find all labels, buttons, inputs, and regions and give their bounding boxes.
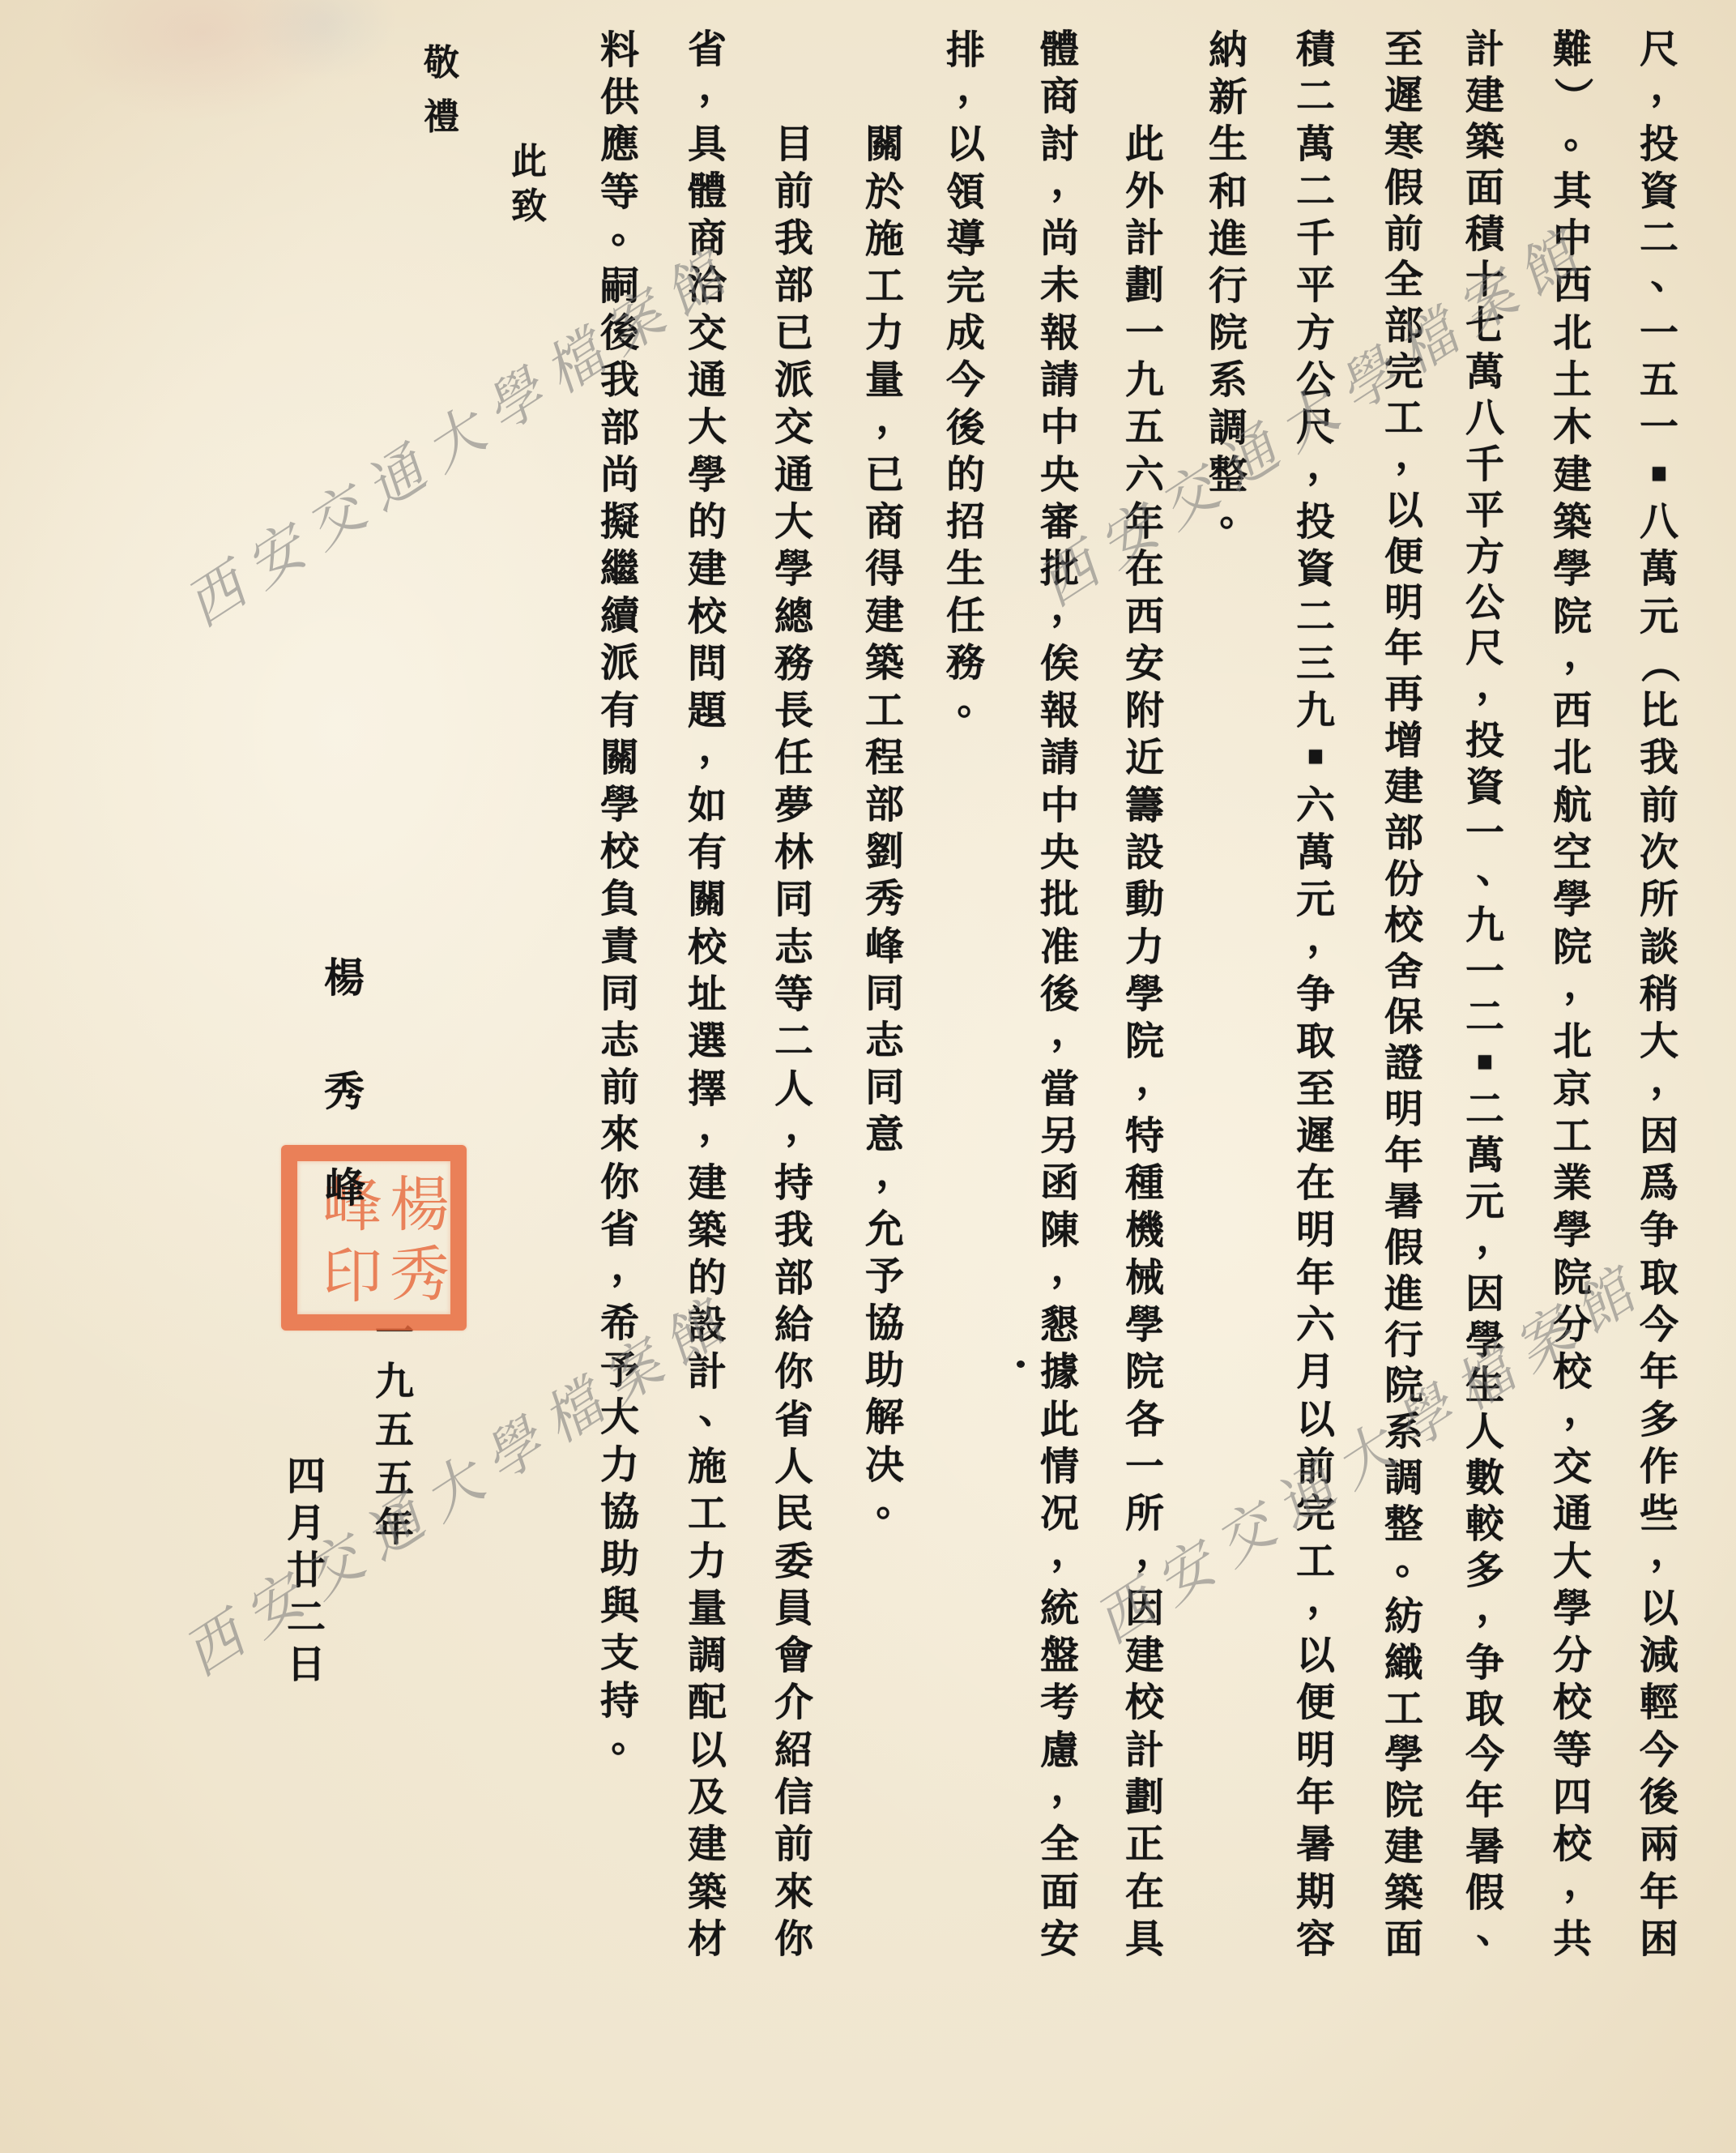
glyph: 期 — [1290, 1872, 1341, 1912]
closing-jing-li: 敬禮 — [416, 36, 467, 144]
glyph: ， — [869, 1148, 921, 1195]
glyph: 全 — [1034, 1824, 1086, 1865]
glyph: 、 — [1469, 1908, 1521, 1949]
glyph: 調 — [1378, 1458, 1430, 1498]
glyph: 投 — [1290, 502, 1341, 542]
body-column-13: 料供應等。嗣後我部尚擬繼續派有關學校負責同志前來你省，希予大力協助與支持。 — [594, 27, 646, 1771]
glyph: 紡 — [1378, 1596, 1430, 1637]
glyph: 七 — [1459, 305, 1511, 346]
glyph: 學 — [1546, 879, 1598, 920]
glyph: 委 — [768, 1541, 820, 1582]
glyph: 月 — [1290, 1352, 1341, 1392]
body-column-6: 納新生和進行院系調整。 — [1202, 27, 1254, 545]
glyph: 院 — [1546, 1258, 1598, 1298]
body-column-10-paragraph-start: 關於施工力量，已商得建築工程部劉秀峰同志同意，允予協助解决。 — [859, 27, 911, 1536]
glyph: 西 — [1546, 690, 1598, 731]
glyph: 助 — [859, 1347, 911, 1394]
glyph: 前 — [1378, 214, 1430, 254]
glyph: 十 — [1459, 259, 1511, 300]
signature-char-3: 峰 — [319, 1164, 371, 1212]
glyph: 已 — [859, 451, 911, 498]
glyph: 目 — [768, 124, 820, 164]
glyph: 嗣 — [594, 263, 646, 310]
scanned-letter-page: 尺，投資二、一五一·八萬元（比我前次所談稍大，因爲争取今年多作些，以減輕今後兩年… — [0, 0, 1736, 2153]
glyph: 暑 — [1459, 1826, 1511, 1867]
red-name-seal: 楊 秀 峰 印 — [281, 1145, 467, 1331]
glyph: 調 — [1202, 404, 1254, 451]
glyph: 分 — [1546, 1635, 1598, 1676]
glyph: 公 — [1290, 360, 1341, 400]
glyph: 建 — [1378, 1826, 1430, 1867]
glyph: 我 — [594, 357, 646, 404]
glyph: 。 — [1388, 1540, 1440, 1580]
glyph: 以 — [1290, 1635, 1341, 1676]
glyph: 舍 — [1378, 951, 1430, 992]
glyph: 校 — [1546, 1682, 1598, 1723]
glyph: 施 — [859, 216, 911, 263]
seal-char-top-right: 楊 — [386, 1171, 454, 1239]
glyph: 部 — [768, 265, 820, 305]
glyph: 積 — [1290, 29, 1341, 70]
glyph: 力 — [594, 1442, 646, 1489]
glyph: ， — [1044, 160, 1096, 201]
glyph: 方 — [1290, 313, 1341, 353]
glyph: ， — [1469, 1217, 1521, 1258]
glyph: 的 — [681, 1258, 733, 1298]
glyph: 機 — [1119, 1210, 1171, 1250]
glyph: ， — [1129, 1058, 1181, 1099]
glyph: 三 — [1290, 643, 1341, 684]
glyph: 如 — [681, 785, 733, 826]
glyph: 交 — [681, 313, 733, 353]
glyph: 通 — [681, 360, 733, 400]
glyph: 京 — [1546, 1069, 1598, 1109]
glyph: 五 — [369, 1455, 420, 1503]
indent-space — [768, 29, 820, 70]
seal-char-bottom-right: 秀 — [386, 1241, 454, 1309]
glyph: 禮 — [416, 90, 467, 144]
glyph: 我 — [768, 218, 820, 258]
glyph: 作 — [1633, 1446, 1685, 1487]
glyph: 來 — [594, 1111, 646, 1158]
glyph: 今 — [1459, 1734, 1511, 1775]
glyph: 部 — [594, 404, 646, 451]
glyph: 、 — [692, 1389, 744, 1429]
glyph: 工 — [681, 1493, 733, 1534]
glyph: 介 — [768, 1682, 820, 1723]
glyph: 領 — [940, 169, 992, 216]
glyph: 派 — [768, 360, 820, 400]
glyph: 工 — [859, 687, 911, 734]
glyph: 具 — [681, 124, 733, 164]
glyph: 二 — [768, 1021, 820, 1062]
glyph: ， — [1044, 1531, 1096, 1571]
glyph: 責 — [594, 923, 646, 970]
glyph: 種 — [1119, 1163, 1171, 1203]
glyph: 等 — [768, 974, 820, 1015]
glyph: 比 — [1633, 690, 1685, 731]
glyph: 輕 — [1633, 1682, 1685, 1723]
glyph: ， — [1557, 1389, 1609, 1429]
glyph: 證 — [1378, 1043, 1430, 1083]
glyph: （ — [1639, 638, 1679, 690]
glyph: 另 — [1034, 1116, 1086, 1156]
glyph: 任 — [940, 592, 992, 639]
signature-char-2: 秀 — [318, 1067, 370, 1116]
glyph: 學 — [1119, 974, 1171, 1015]
glyph: ， — [692, 66, 744, 107]
glyph: 予 — [859, 1253, 911, 1300]
glyph: ， — [1044, 1247, 1096, 1288]
glyph: 同 — [859, 1064, 911, 1111]
glyph: 進 — [1378, 1274, 1430, 1314]
glyph: 投 — [1633, 124, 1685, 164]
glyph: 北 — [1546, 1021, 1598, 1062]
glyph: 力 — [681, 1541, 733, 1582]
glyph: 此 — [1119, 124, 1171, 164]
glyph: 任 — [768, 737, 820, 778]
glyph: 等 — [1546, 1730, 1598, 1771]
glyph: 供 — [594, 74, 646, 121]
glyph: 審 — [1034, 502, 1086, 542]
glyph: 導 — [940, 216, 992, 263]
glyph: 院 — [1202, 310, 1254, 357]
glyph: 明 — [1378, 583, 1430, 623]
glyph: 一 — [1459, 951, 1511, 992]
glyph: 志 — [768, 927, 820, 968]
glyph: 西 — [1546, 265, 1598, 305]
glyph: 今 — [1633, 1305, 1685, 1345]
glyph: 假 — [1378, 168, 1430, 208]
glyph: ， — [778, 1105, 830, 1146]
glyph: 秀 — [859, 875, 911, 922]
glyph: 今 — [940, 357, 992, 404]
glyph: 日 — [280, 1641, 332, 1688]
glyph: 五 — [369, 1406, 420, 1455]
glyph: 調 — [681, 1635, 733, 1676]
glyph: 航 — [1546, 785, 1598, 826]
glyph: 年 — [1378, 1135, 1430, 1176]
glyph: 你 — [768, 1352, 820, 1392]
glyph: 劉 — [859, 828, 911, 875]
glyph: 招 — [940, 498, 992, 545]
glyph: 校 — [681, 927, 733, 968]
glyph: 在 — [1119, 1872, 1171, 1912]
glyph: 請 — [1034, 737, 1086, 778]
glyph: ， — [1557, 963, 1609, 1004]
glyph: 稍 — [1633, 974, 1685, 1015]
glyph: 資 — [1459, 767, 1511, 807]
indent-space — [768, 76, 820, 117]
glyph: 材 — [681, 1919, 733, 1959]
glyph: 取 — [1290, 1021, 1341, 1062]
glyph: 面 — [1459, 168, 1511, 208]
glyph: 俟 — [1034, 643, 1086, 684]
glyph: 敬 — [416, 36, 467, 90]
glyph: 業 — [1546, 1163, 1598, 1203]
glyph: 公 — [1459, 583, 1511, 623]
glyph: 前 — [594, 1064, 646, 1111]
glyph: 空 — [1546, 832, 1598, 873]
glyph: 你 — [594, 1159, 646, 1206]
glyph: 應 — [594, 121, 646, 168]
indent-space — [1119, 29, 1171, 70]
glyph: 安 — [1034, 1919, 1086, 1959]
glyph: 校 — [1378, 905, 1430, 946]
glyph: 行 — [1202, 263, 1254, 310]
glyph: 批 — [1034, 879, 1086, 920]
glyph: 前 — [768, 1824, 820, 1865]
glyph: 數 — [1459, 1458, 1511, 1498]
glyph: 系 — [1378, 1412, 1430, 1452]
glyph: 商 — [859, 498, 911, 545]
glyph: 有 — [681, 832, 733, 873]
glyph: 完 — [1378, 352, 1430, 392]
glyph: 會 — [768, 1635, 820, 1676]
glyph: 難 — [1546, 29, 1598, 70]
body-column-11-paragraph-start: 目前我部已派交通大學總務長任夢林同志等二人，持我部給你省人民委員會介紹信前來你 — [768, 29, 820, 1959]
indent-space — [1119, 76, 1171, 117]
signature-char-1: 楊 — [318, 954, 370, 1002]
glyph: 計 — [1459, 29, 1511, 70]
glyph: 月 — [280, 1500, 332, 1547]
glyph: 取 — [1633, 1258, 1685, 1298]
glyph: 校 — [1119, 1682, 1171, 1723]
glyph: 築 — [681, 1872, 733, 1912]
glyph: 後 — [594, 310, 646, 357]
glyph: 力 — [1119, 927, 1171, 968]
glyph: 二 — [1290, 171, 1341, 211]
glyph: 木 — [1546, 407, 1598, 447]
glyph: 計 — [1119, 218, 1171, 258]
glyph: 關 — [594, 734, 646, 781]
glyph: ， — [692, 1105, 744, 1146]
glyph: 人 — [768, 1446, 820, 1487]
glyph: 、 — [1644, 255, 1695, 296]
glyph: 前 — [1633, 785, 1685, 826]
glyph: 同 — [594, 970, 646, 1017]
glyph: 據 — [1034, 1352, 1086, 1392]
glyph: 六 — [1119, 455, 1171, 495]
glyph: 學 — [594, 781, 646, 828]
glyph: 報 — [1034, 690, 1086, 731]
glyph: 北 — [1546, 313, 1598, 353]
glyph: 成 — [940, 310, 992, 357]
indent-space — [859, 74, 911, 121]
glyph: 志 — [859, 1017, 911, 1064]
glyph: ， — [1469, 664, 1521, 705]
glyph: 九 — [369, 1357, 420, 1406]
glyph: 情 — [1034, 1446, 1086, 1487]
glyph: 。 — [604, 205, 656, 252]
glyph: 年 — [1378, 628, 1430, 669]
glyph: 尚 — [1034, 218, 1086, 258]
glyph: 四 — [280, 1453, 332, 1500]
glyph: 具 — [1119, 1919, 1171, 1959]
glyph: 爲 — [1633, 1163, 1685, 1203]
glyph: 年 — [369, 1503, 420, 1552]
glyph: 函 — [1034, 1163, 1086, 1203]
glyph: 行 — [1378, 1320, 1430, 1361]
glyph: 共 — [1546, 1919, 1598, 1959]
glyph: 至 — [1378, 29, 1430, 70]
glyph: 校 — [681, 596, 733, 637]
glyph: 因 — [1459, 1274, 1511, 1314]
glyph: 完 — [940, 263, 992, 310]
glyph: 正 — [1119, 1824, 1171, 1865]
glyph: 的 — [940, 451, 992, 498]
glyph: 我 — [1633, 737, 1685, 778]
glyph: 北 — [1546, 737, 1598, 778]
glyph: 址 — [681, 974, 733, 1015]
glyph: 遲 — [1290, 1116, 1341, 1156]
glyph: 方 — [1459, 536, 1511, 577]
glyph: 工 — [859, 263, 911, 310]
glyph: 談 — [1633, 927, 1685, 968]
glyph: 央 — [1034, 832, 1086, 873]
glyph: 助 — [594, 1536, 646, 1583]
glyph: 劃 — [1119, 1777, 1171, 1818]
glyph: 料 — [594, 27, 646, 74]
glyph: 與 — [594, 1583, 646, 1630]
glyph: 請 — [1034, 360, 1086, 400]
glyph: 動 — [1119, 879, 1171, 920]
glyph: 建 — [859, 592, 911, 639]
glyph: 劃 — [1119, 265, 1171, 305]
glyph: 得 — [859, 545, 911, 592]
glyph: 統 — [1034, 1588, 1086, 1629]
glyph: 商 — [681, 218, 733, 258]
glyph: 後 — [1633, 1777, 1685, 1818]
glyph: 量 — [681, 1588, 733, 1629]
glyph: 予 — [594, 1347, 646, 1394]
body-column-7-paragraph-start: 此外計劃一九五六年在西安附近籌設動力學院，特種機械學院各一所，因建校計劃正在具 — [1119, 29, 1171, 1959]
glyph: 因 — [1119, 1588, 1171, 1629]
glyph: 於 — [859, 169, 911, 216]
glyph: 中 — [1546, 218, 1598, 258]
glyph: 部 — [768, 1258, 820, 1298]
glyph: 資 — [1633, 171, 1685, 211]
glyph: · — [1266, 720, 1365, 797]
glyph: 及 — [681, 1777, 733, 1818]
glyph: ， — [950, 64, 1002, 111]
body-column-1: 尺，投資二、一五一·八萬元（比我前次所談稍大，因爲争取今年多作些，以減輕今後兩年… — [1633, 29, 1685, 1959]
closing-ci-zhi: 此致 — [503, 139, 555, 229]
glyph: 今 — [1633, 1730, 1685, 1771]
glyph: 二 — [280, 1594, 332, 1641]
glyph: 峰 — [859, 923, 911, 970]
glyph: 減 — [1633, 1635, 1685, 1676]
glyph: 夢 — [768, 785, 820, 826]
glyph: 以 — [940, 121, 992, 168]
glyph: 校 — [594, 828, 646, 875]
glyph: 部 — [1378, 305, 1430, 346]
glyph: ， — [1044, 586, 1096, 626]
glyph: 希 — [594, 1300, 646, 1347]
glyph: 年 — [1290, 1777, 1341, 1818]
glyph: 争 — [1633, 1210, 1685, 1250]
glyph: 萬 — [1290, 124, 1341, 164]
glyph: 生 — [1202, 121, 1254, 168]
glyph: 年 — [1119, 502, 1171, 542]
glyph: 致 — [503, 184, 555, 229]
glyph: 紹 — [768, 1730, 820, 1771]
date-month-day: 四月廿二日 — [280, 1453, 332, 1688]
glyph: 志 — [594, 1017, 646, 1064]
glyph: 此 — [1034, 1399, 1086, 1440]
glyph: 施 — [681, 1446, 733, 1487]
glyph: 續 — [594, 592, 646, 639]
glyph: 築 — [1546, 502, 1598, 542]
glyph: 五 — [1633, 360, 1685, 400]
glyph: 五 — [1119, 407, 1171, 447]
glyph: 一 — [1119, 313, 1171, 353]
glyph: 附 — [1119, 690, 1171, 731]
glyph: 配 — [681, 1682, 733, 1723]
glyph: 明 — [1378, 1089, 1430, 1130]
glyph: 面 — [1034, 1872, 1086, 1912]
glyph: 建 — [1378, 767, 1430, 807]
glyph: 争 — [1459, 1643, 1511, 1683]
glyph: 派 — [594, 639, 646, 686]
glyph: 。 — [1557, 113, 1609, 154]
glyph: 關 — [681, 879, 733, 920]
glyph: 。 — [1213, 488, 1265, 535]
glyph: 中 — [1034, 407, 1086, 447]
glyph: 以 — [681, 1730, 733, 1771]
glyph: 考 — [1034, 1682, 1086, 1723]
glyph: 二 — [1290, 76, 1341, 117]
glyph: 年 — [1290, 1258, 1341, 1298]
glyph: 工 — [1546, 1116, 1598, 1156]
glyph: 學 — [1546, 1588, 1598, 1629]
glyph: 的 — [681, 502, 733, 542]
glyph: 民 — [768, 1493, 820, 1534]
glyph: ， — [1469, 1586, 1521, 1626]
glyph: 當 — [1034, 1069, 1086, 1109]
glyph: 協 — [859, 1300, 911, 1347]
indent-space — [859, 27, 911, 74]
glyph: 在 — [1290, 1163, 1341, 1203]
glyph: 積 — [1459, 214, 1511, 254]
glyph: 來 — [768, 1872, 820, 1912]
glyph: 至 — [1290, 1069, 1341, 1109]
glyph: 械 — [1119, 1258, 1171, 1298]
glyph: 以 — [1633, 1588, 1685, 1629]
glyph: 年 — [1633, 1872, 1685, 1912]
glyph: 萬 — [1459, 1135, 1511, 1176]
glyph: 負 — [594, 875, 646, 922]
glyph: 程 — [859, 734, 911, 781]
glyph: 安 — [1119, 643, 1171, 684]
date-year: 一九五五年 — [369, 1309, 420, 1552]
archive-watermark-bottom-left: 西安交通大學檔案館 — [174, 1287, 744, 1685]
glyph: 計 — [1119, 1730, 1171, 1771]
glyph: 外 — [1119, 171, 1171, 211]
glyph: ， — [1388, 434, 1440, 474]
glyph: 建 — [681, 1824, 733, 1865]
glyph: ， — [604, 1242, 656, 1289]
glyph: 分 — [1546, 1305, 1598, 1345]
glyph: 九 — [1459, 905, 1511, 946]
glyph: 籌 — [1119, 785, 1171, 826]
glyph: 進 — [1202, 216, 1254, 263]
glyph: 年 — [1633, 1352, 1685, 1392]
glyph: 築 — [1459, 122, 1511, 162]
glyph: 萬 — [1633, 549, 1685, 589]
glyph: 學 — [1546, 549, 1598, 589]
glyph: 面 — [1378, 1919, 1430, 1959]
